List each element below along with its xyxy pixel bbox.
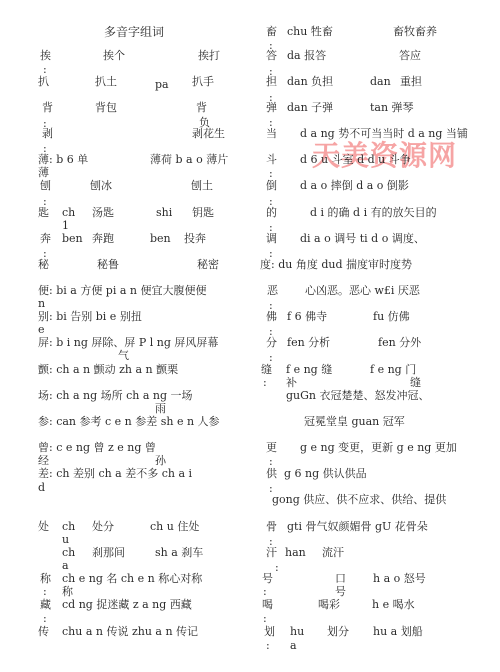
text-fragment: dan 子弹 [287, 102, 333, 114]
text-fragment: hu a 划船 [373, 626, 423, 638]
text-fragment: 号 [262, 573, 273, 585]
text-fragment: : [263, 377, 267, 389]
text-fragment: 薄: b 6 单 [38, 154, 88, 166]
text-fragment: 畜牧畜养 [393, 26, 437, 38]
text-fragment: d 6 u 斗室 d d u 斗争 [300, 154, 411, 166]
text-fragment: 扒 [38, 76, 49, 88]
text-fragment: han [285, 547, 306, 559]
text-fragment: 重担 [400, 76, 422, 88]
text-fragment: 调 [266, 233, 277, 245]
text-fragment: 投奔 [184, 233, 206, 245]
text-fragment: 担 [266, 76, 277, 88]
text-fragment: 补 [286, 377, 297, 389]
text-fragment: h a o 怒号 [373, 573, 426, 585]
text-fragment: : [263, 586, 267, 598]
text-fragment: : [43, 613, 47, 625]
text-fragment: tan 弹琴 [370, 102, 414, 114]
text-fragment: 弹 [266, 102, 277, 114]
text-fragment: ch u 住处 [150, 521, 199, 533]
text-fragment: 曾: c e ng 曾 z e ng 曾 [38, 442, 156, 454]
text-fragment: 刨 [40, 180, 51, 192]
text-fragment: 冠冕堂皇 guan 冠军 [304, 416, 405, 428]
text-fragment: 口 [335, 573, 346, 585]
text-fragment: gong 供应、供不应求、供给、提供 [272, 494, 446, 506]
text-fragment: 颤: ch a n 颤动 zh a n 颤栗 [38, 364, 178, 376]
text-fragment: fu 仿佛 [373, 311, 410, 323]
text-fragment: 处分 [92, 521, 114, 533]
text-fragment: 缝 [410, 377, 421, 389]
text-fragment: fen 分外 [378, 337, 421, 349]
text-fragment: : [266, 640, 270, 652]
text-fragment: 奔 [40, 233, 51, 245]
text-fragment: 孙 [155, 455, 166, 467]
text-fragment: f e ng 缝 [286, 364, 332, 376]
text-fragment: cd ng 捉迷藏 z a ng 西藏 [62, 599, 192, 611]
text-fragment: 划 [264, 626, 275, 638]
text-fragment: 的 [266, 207, 277, 219]
text-fragment: ch [62, 521, 75, 533]
text-fragment: g e ng 变更，更新 g e ng 更加 [300, 442, 457, 454]
text-fragment: 划分 [327, 626, 349, 638]
text-fragment: ch e ng 名 ch e n 称心对称 [62, 573, 202, 585]
text-fragment: f e ng 门 [370, 364, 416, 376]
text-fragment: 薄 [38, 167, 49, 179]
text-fragment: 剥花生 [192, 128, 225, 140]
text-fragment: 薄荷 b a o 薄片 [150, 154, 228, 166]
text-fragment: 经 [38, 455, 49, 467]
text-fragment: ch [62, 547, 75, 559]
text-fragment: d a o 摔倒 d a o 倒影 [300, 180, 409, 192]
text-fragment: 便: bi a 方便 pi a n 便宜大腹便便 [38, 285, 207, 297]
text-fragment: guGn 衣冠楚楚、怒发冲冠、 [286, 390, 430, 402]
text-fragment: 秘密 [197, 259, 219, 271]
text-fragment: 秘鲁 [97, 259, 119, 271]
text-fragment: 别: bi 告别 bi e 别扭 [38, 311, 142, 323]
text-fragment: 扒土 [95, 76, 117, 88]
text-fragment: 匙 [38, 207, 49, 219]
text-fragment: sh a 刹车 [155, 547, 203, 559]
text-fragment: 更 [266, 442, 277, 454]
text-fragment: 答应 [399, 50, 421, 62]
text-fragment: chu a n 传说 zhu a n 传记 [62, 626, 198, 638]
text-fragment: 气 [118, 350, 129, 362]
text-fragment: u [62, 534, 69, 546]
text-fragment: 扒手 [192, 76, 214, 88]
text-fragment: h e 喝水 [372, 599, 415, 611]
text-fragment: 屏: b i ng 屏除、屏 P l ng 屏风屏幕 [38, 337, 218, 349]
text-fragment: : [43, 586, 47, 598]
text-fragment: 挨打 [198, 50, 220, 62]
text-fragment: 度: du 角度 dud 揣度审时度势 [260, 259, 412, 271]
text-fragment: f 6 佛寺 [287, 311, 327, 323]
text-fragment: a [290, 640, 297, 652]
text-fragment: 背包 [95, 102, 117, 114]
text-fragment: di a o 调号 ti d o 调度、 [300, 233, 425, 245]
text-fragment: 场: ch a ng 场所 ch a ng 一场 [38, 390, 193, 402]
text-fragment: 倒 [266, 180, 277, 192]
text-fragment: 奔跑 [92, 233, 114, 245]
text-fragment: 汤匙 [92, 207, 114, 219]
text-fragment: 刨土 [191, 180, 213, 192]
text-fragment: pa [155, 79, 169, 91]
text-fragment: 剥 [42, 128, 53, 140]
text-fragment: : [275, 562, 279, 574]
text-fragment: 背 [42, 102, 53, 114]
text-fragment: 挨个 [103, 50, 125, 62]
text-fragment: 藏 [40, 599, 51, 611]
text-fragment: d i 的确 d i 有的放矢目的 [310, 207, 437, 219]
text-fragment: fen 分析 [287, 337, 330, 349]
text-fragment: 称 [62, 586, 73, 598]
text-fragment: : [263, 613, 267, 625]
text-fragment: 刨冰 [90, 180, 112, 192]
text-fragment: 喝彩 [318, 599, 340, 611]
text-fragment: 流汗 [322, 547, 344, 559]
text-fragment: shi [156, 207, 172, 219]
text-fragment: gti 骨气奴颜媚骨 gU 花骨朵 [287, 521, 428, 533]
text-fragment: ben [150, 233, 171, 245]
text-fragment: 参: can 参考 c e n 参差 sh e n 人参 [38, 416, 220, 428]
text-fragment: 骨 [266, 521, 277, 533]
text-fragment: 称 [40, 573, 51, 585]
text-fragment: e [38, 324, 45, 336]
text-fragment: ch [62, 207, 75, 219]
text-fragment: 刹那间 [92, 547, 125, 559]
text-fragment: 秘 [38, 259, 49, 271]
text-fragment: d a ng 势不可当当时 d a ng 当铺 [300, 128, 468, 140]
document-title: 多音字组词 [104, 26, 164, 38]
text-fragment: 汗 [266, 547, 277, 559]
text-fragment: 畜 [266, 26, 277, 38]
text-fragment: 背 [196, 102, 207, 114]
text-fragment: 恶 [267, 285, 278, 297]
text-fragment: g 6 ng 供认供品 [284, 468, 367, 480]
text-fragment: 号 [335, 586, 346, 598]
text-fragment: chu 牲畜 [287, 26, 333, 38]
text-fragment: a [62, 560, 69, 572]
text-fragment: 喝 [262, 599, 273, 611]
text-fragment: 传 [38, 626, 49, 638]
text-fragment: dan 负担 [287, 76, 333, 88]
text-fragment: dan [370, 76, 391, 88]
text-fragment: 差: ch 差别 ch a 差不多 ch a i [38, 468, 192, 480]
text-fragment: hu [290, 626, 304, 638]
text-fragment: 缝 [261, 364, 272, 376]
text-fragment: ben [62, 233, 83, 245]
text-fragment: 当 [266, 128, 277, 140]
text-fragment: 斗 [266, 154, 277, 166]
text-fragment: 1 [62, 220, 69, 232]
text-fragment: 处 [38, 521, 49, 533]
text-fragment: 心凶恶。恶心 w£i 厌恶 [305, 285, 420, 297]
text-fragment: d [38, 482, 45, 494]
text-fragment: 雨 [155, 403, 166, 415]
text-fragment: 钥匙 [192, 207, 214, 219]
text-fragment: 分 [266, 337, 277, 349]
text-fragment: 佛 [266, 311, 277, 323]
text-fragment: 答 [266, 50, 277, 62]
text-fragment: da 报答 [287, 50, 326, 62]
text-fragment: 供 [266, 468, 277, 480]
text-fragment: n [38, 298, 45, 310]
document-page: 天美资源网 多音字组词挨挨个挨打:扒扒土pa扒手背背包背负:剥剥花生:薄: b … [0, 0, 500, 672]
text-fragment: 挨 [40, 50, 51, 62]
